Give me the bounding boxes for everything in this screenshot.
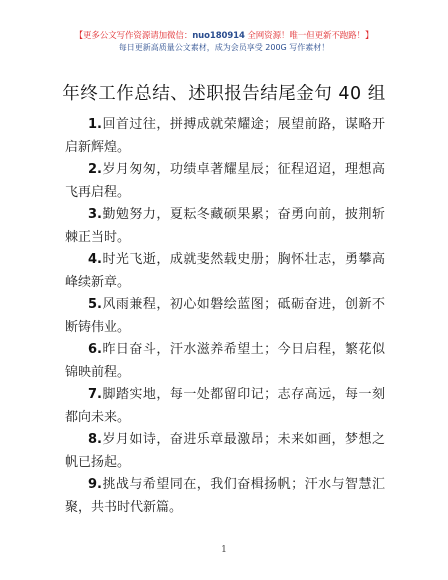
list-item: 1.回首过往，拼搏成就荣耀途；展望前路，谋略开启新辉煌。 [65,114,385,159]
item-number: 5. [88,297,102,312]
promo-banner-line2: 每日更新高质量公文素材，成为会员享受 200G 写作素材！ [0,42,448,53]
list-item: 3.勤勉努力，夏耘冬藏硕果累；奋勇向前，披荆斩棘正当时。 [65,204,385,249]
promo-banner-suffix: 全网资源！唯一但更新不跑路！】 [245,31,374,41]
promo-banner-line1: 【更多公文写作资源请加微信：nuo180914 全网资源！唯一但更新不跑路！】 [0,29,448,41]
item-number: 9. [88,477,102,492]
promo-banner-prefix: 【更多公文写作资源请加微信： [75,31,193,41]
list-item: 5.风雨兼程，初心如磐绘蓝图；砥砺奋进，创新不断铸伟业。 [65,294,385,339]
wechat-id: nuo180914 [192,31,245,41]
item-number: 6. [88,342,102,357]
item-text: 时光飞逝，成就斐然载史册；胸怀壮志，勇攀高峰续新章。 [65,252,385,290]
page-number: 1 [0,545,448,555]
list-item: 7.脚踏实地，每一处都留印记；志存高远，每一刻都向未来。 [65,384,385,429]
item-text: 回首过往，拼搏成就荣耀途；展望前路，谋略开启新辉煌。 [65,117,385,155]
item-number: 1. [88,117,102,132]
item-text: 岁月匆匆，功绩卓著耀星辰；征程迢迢，理想高飞再启程。 [65,162,385,200]
item-text: 岁月如诗，奋进乐章最激昂；未来如画，梦想之帆已扬起。 [65,432,385,470]
item-text: 风雨兼程，初心如磐绘蓝图；砥砺奋进，创新不断铸伟业。 [65,297,385,335]
list-item: 6.昨日奋斗，汗水滋养希望土；今日启程，繁花似锦映前程。 [65,339,385,384]
item-number: 8. [88,432,102,447]
item-number: 7. [88,387,102,402]
list-item: 8.岁月如诗，奋进乐章最激昂；未来如画，梦想之帆已扬起。 [65,429,385,474]
item-text: 昨日奋斗，汗水滋养希望土；今日启程，繁花似锦映前程。 [65,342,385,380]
item-text: 勤勉努力，夏耘冬藏硕果累；奋勇向前，披荆斩棘正当时。 [65,207,385,245]
item-number: 4. [88,252,102,267]
item-number: 3. [88,207,102,222]
list-item: 4.时光飞逝，成就斐然载史册；胸怀壮志，勇攀高峰续新章。 [65,249,385,294]
item-text: 脚踏实地，每一处都留印记；志存高远，每一刻都向未来。 [65,387,385,425]
item-number: 2. [88,162,102,177]
quote-list: 1.回首过往，拼搏成就荣耀途；展望前路，谋略开启新辉煌。 2.岁月匆匆，功绩卓著… [65,114,385,519]
document-title: 年终工作总结、述职报告结尾金句 40 组 [0,80,448,105]
item-text: 挑战与希望同在，我们奋楫扬帆；汗水与智慧汇聚，共书时代新篇。 [65,477,385,515]
list-item: 9.挑战与希望同在，我们奋楫扬帆；汗水与智慧汇聚，共书时代新篇。 [65,474,385,519]
list-item: 2.岁月匆匆，功绩卓著耀星辰；征程迢迢，理想高飞再启程。 [65,159,385,204]
